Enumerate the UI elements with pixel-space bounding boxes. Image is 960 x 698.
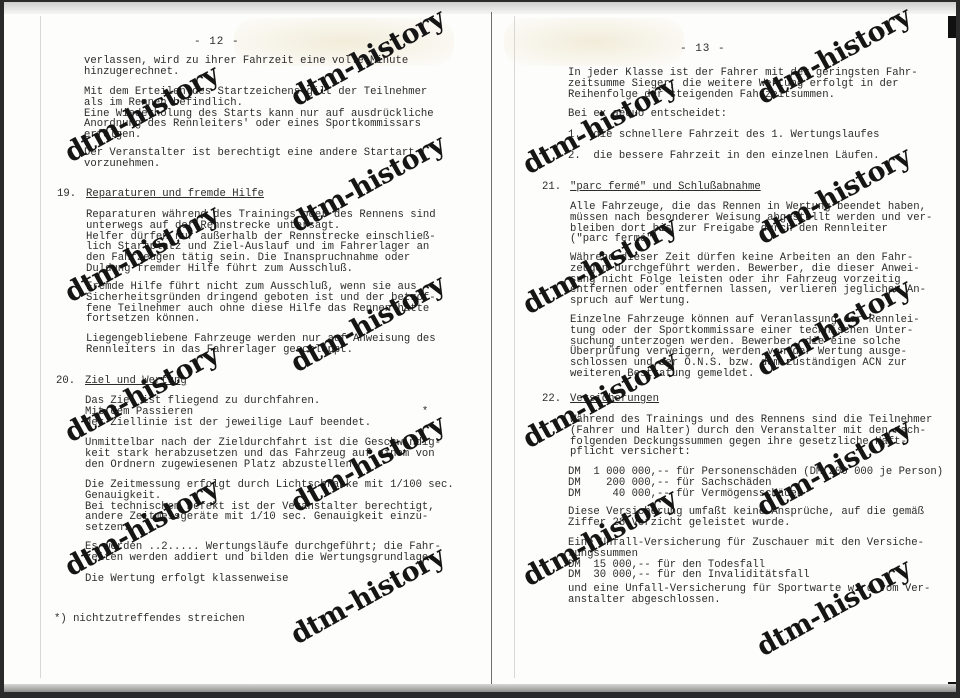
- section-20-paragraph-3: Die Zeitmessung erfolgt durch Lichtschra…: [85, 480, 454, 534]
- section-19-paragraph-3: Liegengebliebene Fahrzeuge werden nur au…: [86, 334, 436, 356]
- section-21-paragraph-1: Alle Fahrzeuge, die das Rennen in Wertun…: [570, 202, 932, 245]
- section-20-paragraph-5: Die Wertung erfolgt klassenweise: [85, 574, 288, 585]
- page-number: - 13 -: [680, 44, 726, 55]
- text-line: anstalter abgeschlossen.: [568, 594, 721, 606]
- section-19-paragraph-2: Fremde Hilfe führt nicht zum Ausschluß, …: [86, 282, 436, 325]
- section-number: 21.: [542, 182, 561, 193]
- section-title: Versicherungen: [570, 394, 659, 405]
- intro-text: In jeder Klasse ist der Fahrer mit der g…: [568, 68, 918, 100]
- section-title: "parc fermé" und Schlußabnahme: [570, 182, 761, 193]
- page-13: - 13 - In jeder Klasse ist der Fahrer mi…: [492, 2, 956, 692]
- text-line: Ziffer 28 Verzicht geleistet wurde.: [568, 517, 791, 529]
- section-22-paragraph-1: Während des Trainings und des Rennens si…: [570, 415, 932, 458]
- text-line: Die Wertung erfolgt klassenweise: [85, 573, 288, 585]
- section-number: 20.: [56, 376, 75, 387]
- text-line: vorzunehmen.: [84, 158, 160, 170]
- text-line: zeiten werden addiert und bilden die Wer…: [85, 552, 435, 564]
- text-line: Rennleiters in das Fahrerlager geschlepp…: [86, 344, 353, 356]
- text-line: andere Zeitmessgeräte mit 1/10 sec. Gena…: [85, 511, 428, 523]
- text-line: hinzugerechnet.: [84, 66, 179, 78]
- ex-aequo-item: 2. die bessere Fahrzeit in den einzelnen…: [568, 151, 880, 162]
- text-line: weiteren Bestrafung gemeldet.: [570, 368, 754, 380]
- scan-bottom-shadow: [4, 684, 956, 692]
- section-20-paragraph-4: Es werden ..2..... Wertungsläufe durchge…: [85, 542, 441, 564]
- section-20-paragraph-1: Das Ziel ist fliegend zu durchfahren. Mi…: [85, 396, 428, 428]
- intro-text: verlassen, wird zu ihrer Fahrzeit eine v…: [84, 56, 408, 78]
- text-line: der Ziellinie ist der jeweilige Lauf bee…: [85, 417, 371, 429]
- startart-paragraph: Der Veranstalter ist berechtigt eine and…: [84, 148, 415, 170]
- section-number: 19.: [57, 189, 76, 200]
- section-21-paragraph-2: Während dieser Zeit dürfen keine Arbeite…: [570, 253, 926, 307]
- ex-aequo-label: Bei ex aequo entscheidet:: [568, 109, 727, 120]
- section-20-paragraph-2: Unmittelbar nach der Zieldurchfahrt ist …: [85, 438, 441, 470]
- section-title: Ziel und Wertung: [85, 376, 187, 387]
- section-number: 22.: [542, 394, 561, 405]
- section-19-paragraph-1: Reparaturen während des Trainings oder d…: [86, 210, 436, 275]
- section-22-paragraph-4: und eine Unfall-Versicherung für Sportwa…: [568, 584, 930, 606]
- text-line: setzen.: [85, 522, 130, 534]
- text-line: pflicht versichert:: [570, 446, 691, 458]
- ex-aequo-item: 1. die schnellere Fahrzeit des 1. Wertun…: [568, 130, 880, 141]
- watermark: dtm-history: [291, 550, 446, 642]
- page-number: - 12 -: [194, 37, 240, 48]
- text-line: erfolgen.: [84, 129, 141, 141]
- text-line: fortsetzen können.: [86, 313, 200, 325]
- coverage-row: DM 40 000,-- für Vermögensschäden: [568, 488, 803, 500]
- text-line: DM 30 000,-- für den Invaliditätsfall: [568, 569, 810, 581]
- text-line: spruch auf Wertung.: [570, 295, 691, 307]
- section-21-paragraph-3: Einzelne Fahrzeuge können auf Veranlassu…: [570, 315, 920, 380]
- scan-edge-mark: [948, 16, 956, 38]
- section-22-paragraph-3: Eine Unfall-Versicherung für Zuschauer m…: [568, 538, 924, 581]
- section-title: Reparaturen und fremde Hilfe: [86, 189, 264, 200]
- document-spread: - 12 - verlassen, wird zu ihrer Fahrzeit…: [4, 2, 956, 692]
- text-line: ("parc fermé").: [570, 233, 665, 245]
- page-12: - 12 - verlassen, wird zu ihrer Fahrzeit…: [4, 2, 491, 692]
- start-paragraph: Mit dem Erteilen des Startzeichens gilt …: [84, 87, 434, 141]
- text-line: Duldung fremder Hilfe führt zum Ausschlu…: [86, 263, 353, 275]
- text-line: Reihenfolge der steigenden Fahrzeitsumme…: [568, 89, 835, 101]
- footnote: *) nichtzutreffendes streichen: [54, 614, 245, 625]
- coverage-table: DM 1 000 000,-- für Personenschäden (DM …: [568, 467, 943, 499]
- text-line: den Ordnern zugewiesenen Platz abzustell…: [85, 459, 358, 471]
- section-22-paragraph-2: Diese Versicherung umfaßt keine Ansprüch…: [568, 507, 924, 529]
